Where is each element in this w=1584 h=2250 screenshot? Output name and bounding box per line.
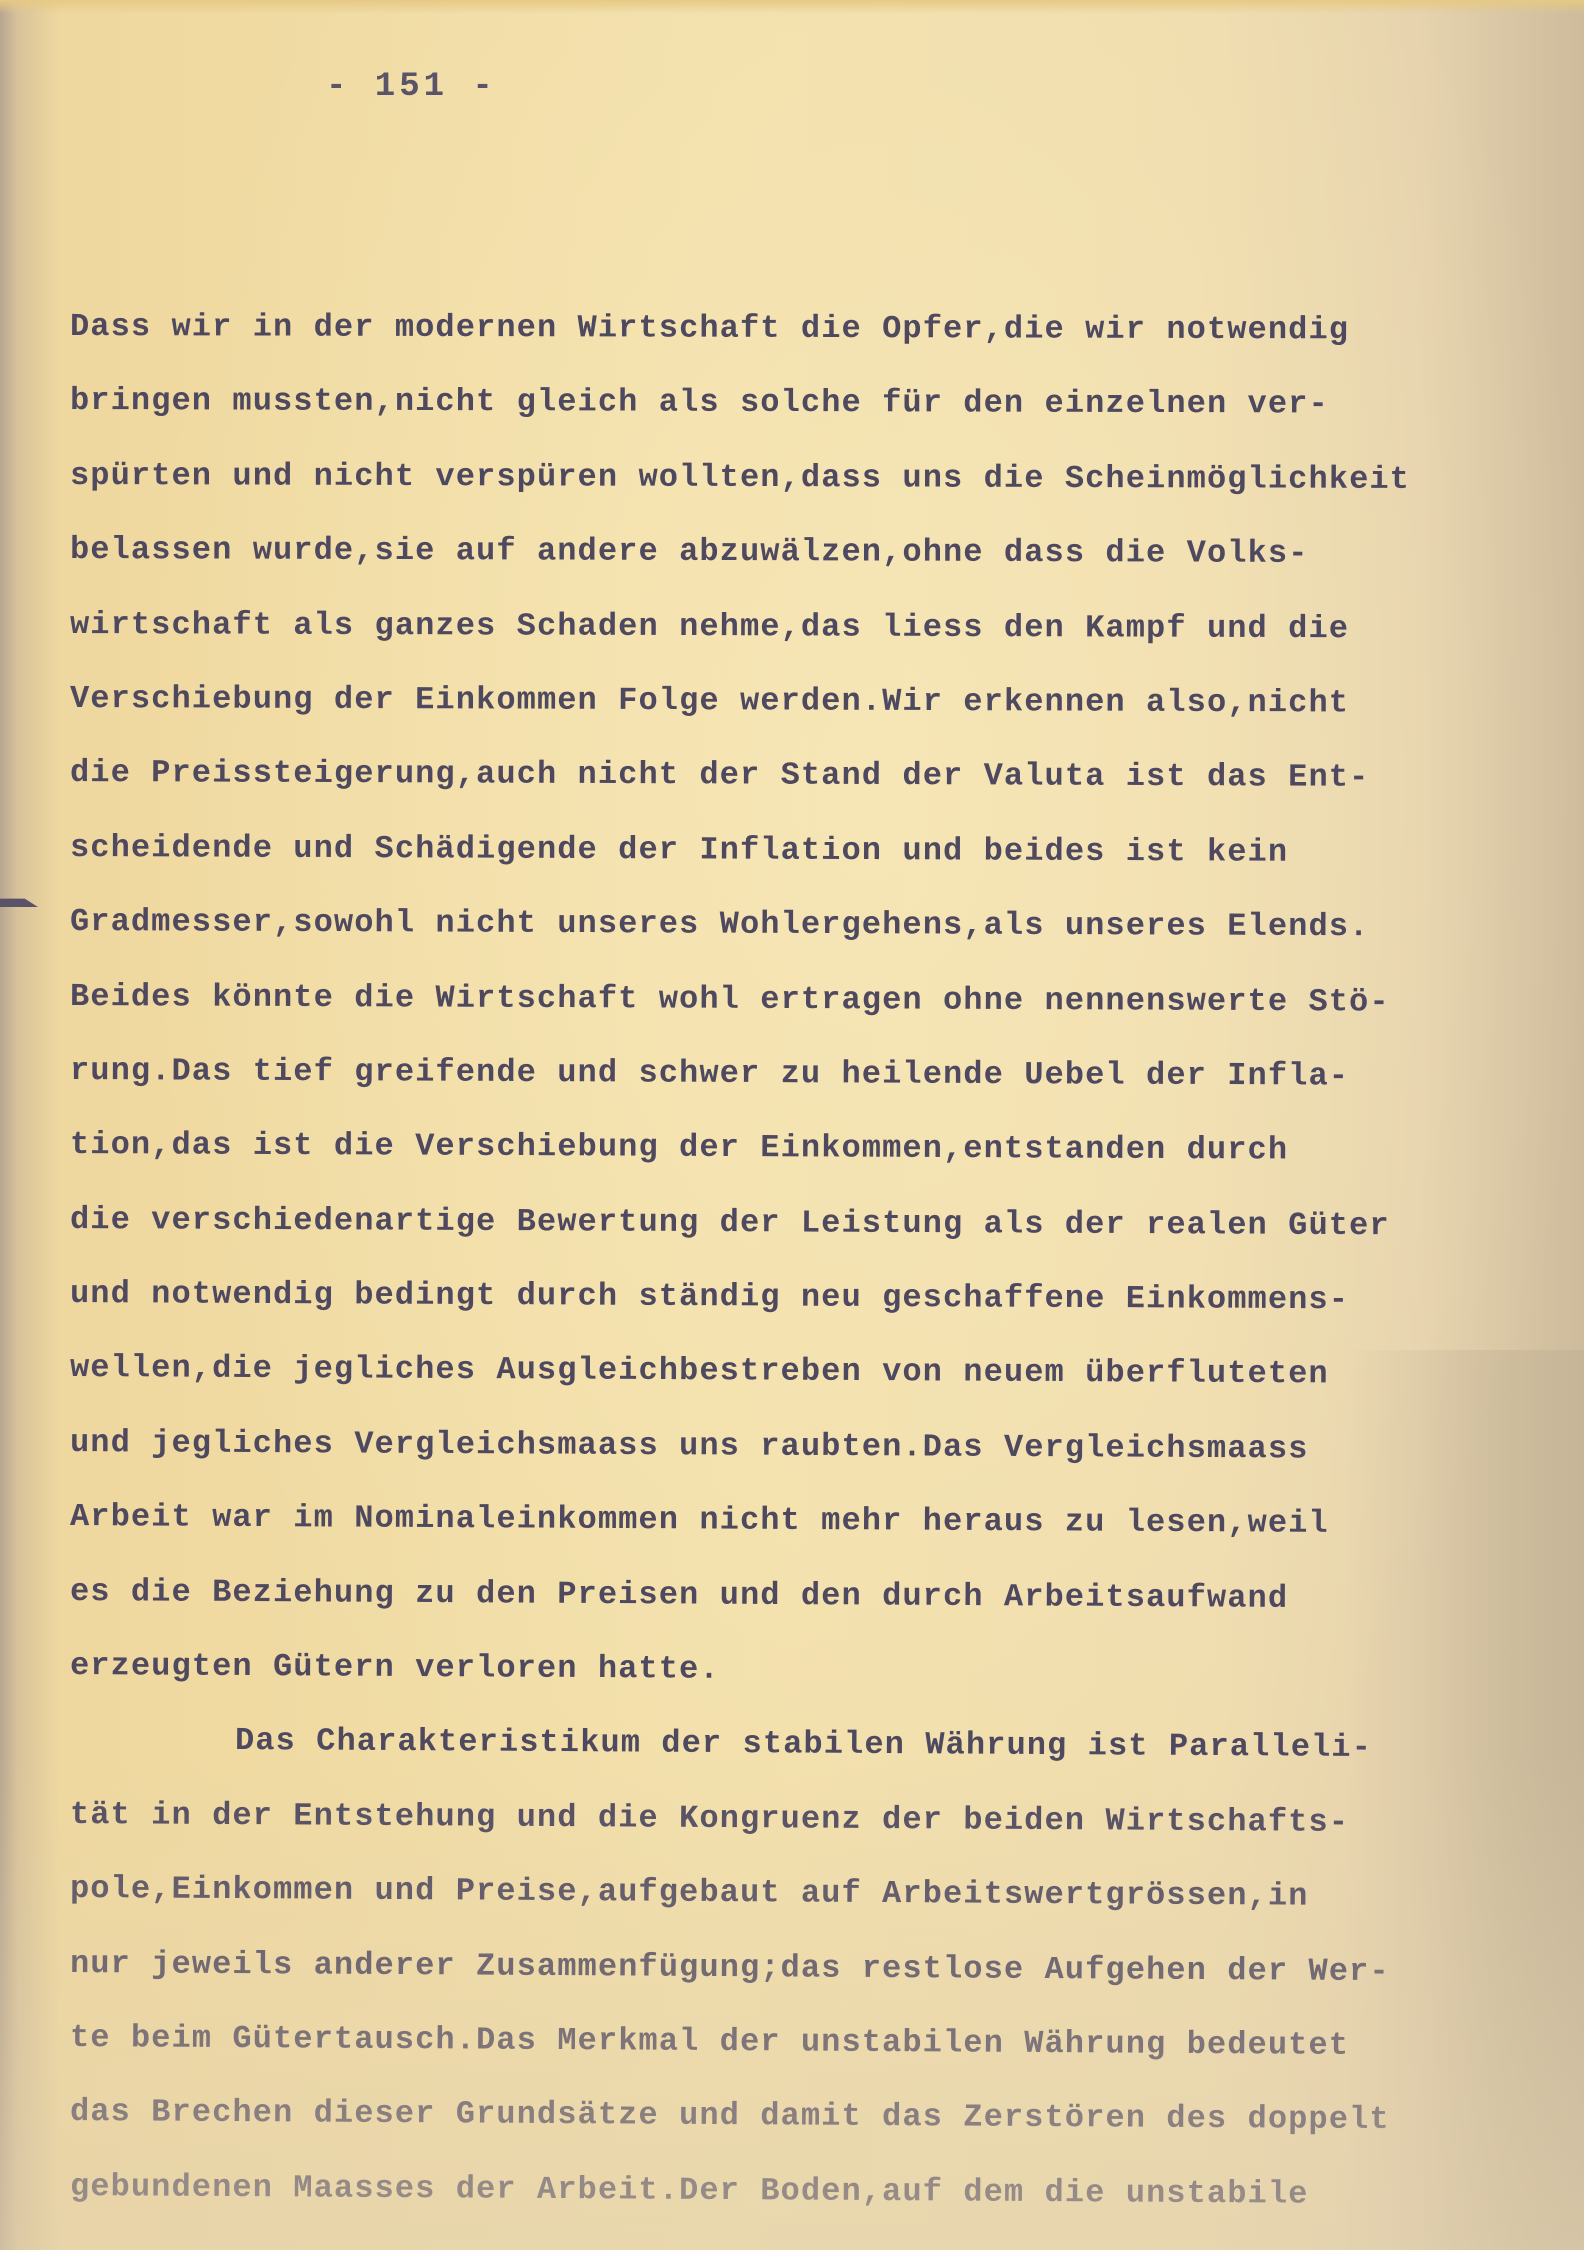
text-line: pole,Einkommen und Preise,aufgebaut auf …	[70, 1852, 1570, 1936]
text-line: erzeugten Gütern verloren hatte.	[70, 1629, 1570, 1712]
text-line: die Preissteigerung,auch nicht der Stand…	[70, 736, 1570, 816]
text-line: tion,das ist die Verschiebung der Einkom…	[70, 1108, 1570, 1189]
paper-edge	[0, 0, 1584, 14]
arrow-marker-shape	[0, 893, 38, 907]
typewritten-page: - 151 - Dass wir in der modernen Wirtsch…	[0, 0, 1584, 2250]
text-line: te beim Gütertausch.Das Merkmal der unst…	[70, 2001, 1570, 2085]
text-line: gebundenen Maasses der Arbeit.Der Boden,…	[70, 2150, 1570, 2234]
text-line: Das Charakteristikum der stabilen Währun…	[70, 1703, 1570, 1787]
text-line: Gradmesser,sowohl nicht unseres Wohlerge…	[70, 885, 1570, 965]
page-number: - 151 -	[326, 68, 497, 106]
text-line: und notwendig bedingt durch ständig neu …	[70, 1257, 1570, 1339]
text-line: die verschiedenartige Bewertung der Leis…	[70, 1183, 1570, 1264]
paragraph-1: Dass wir in der modernen Wirtschaft die …	[70, 290, 1570, 1703]
text-line: scheidende und Schädigende der Inflation…	[70, 811, 1570, 891]
text-line: Dass wir in der modernen Wirtschaft die …	[70, 290, 1570, 368]
body-text: Dass wir in der modernen Wirtschaft die …	[70, 290, 1570, 2224]
text-line: und jegliches Vergleichsmaass uns raubte…	[70, 1406, 1570, 1488]
text-line: Arbeit war im Nominaleinkommen nicht meh…	[70, 1480, 1570, 1563]
text-line: tät in der Entstehung und die Kongruenz …	[70, 1778, 1570, 1862]
text-line: spürten und nicht verspüren wollten,dass…	[70, 439, 1570, 518]
text-line: belassen wurde,sie auf andere abzuwälzen…	[70, 513, 1570, 592]
text-line: das Brechen dieser Grundsätze und damit …	[70, 2075, 1570, 2159]
text-line: bringen mussten,nicht gleich als solche …	[70, 364, 1570, 443]
text-line: Verschiebung der Einkommen Folge werden.…	[70, 662, 1570, 742]
text-line: Beides könnte die Wirtschaft wohl ertrag…	[70, 960, 1570, 1041]
text-line: es die Beziehung zu den Preisen und den …	[70, 1555, 1570, 1638]
text-line: wirtschaft als ganzes Schaden nehme,das …	[70, 588, 1570, 667]
text-line: nur jeweils anderer Zusammenfügung;das r…	[70, 1927, 1570, 2011]
text-line: rung.Das tief greifende und schwer zu he…	[70, 1034, 1570, 1115]
paragraph-2: Das Charakteristikum der stabilen Währun…	[70, 1703, 1570, 2224]
text-line: wellen,die jegliches Ausgleichbestreben …	[70, 1331, 1570, 1413]
